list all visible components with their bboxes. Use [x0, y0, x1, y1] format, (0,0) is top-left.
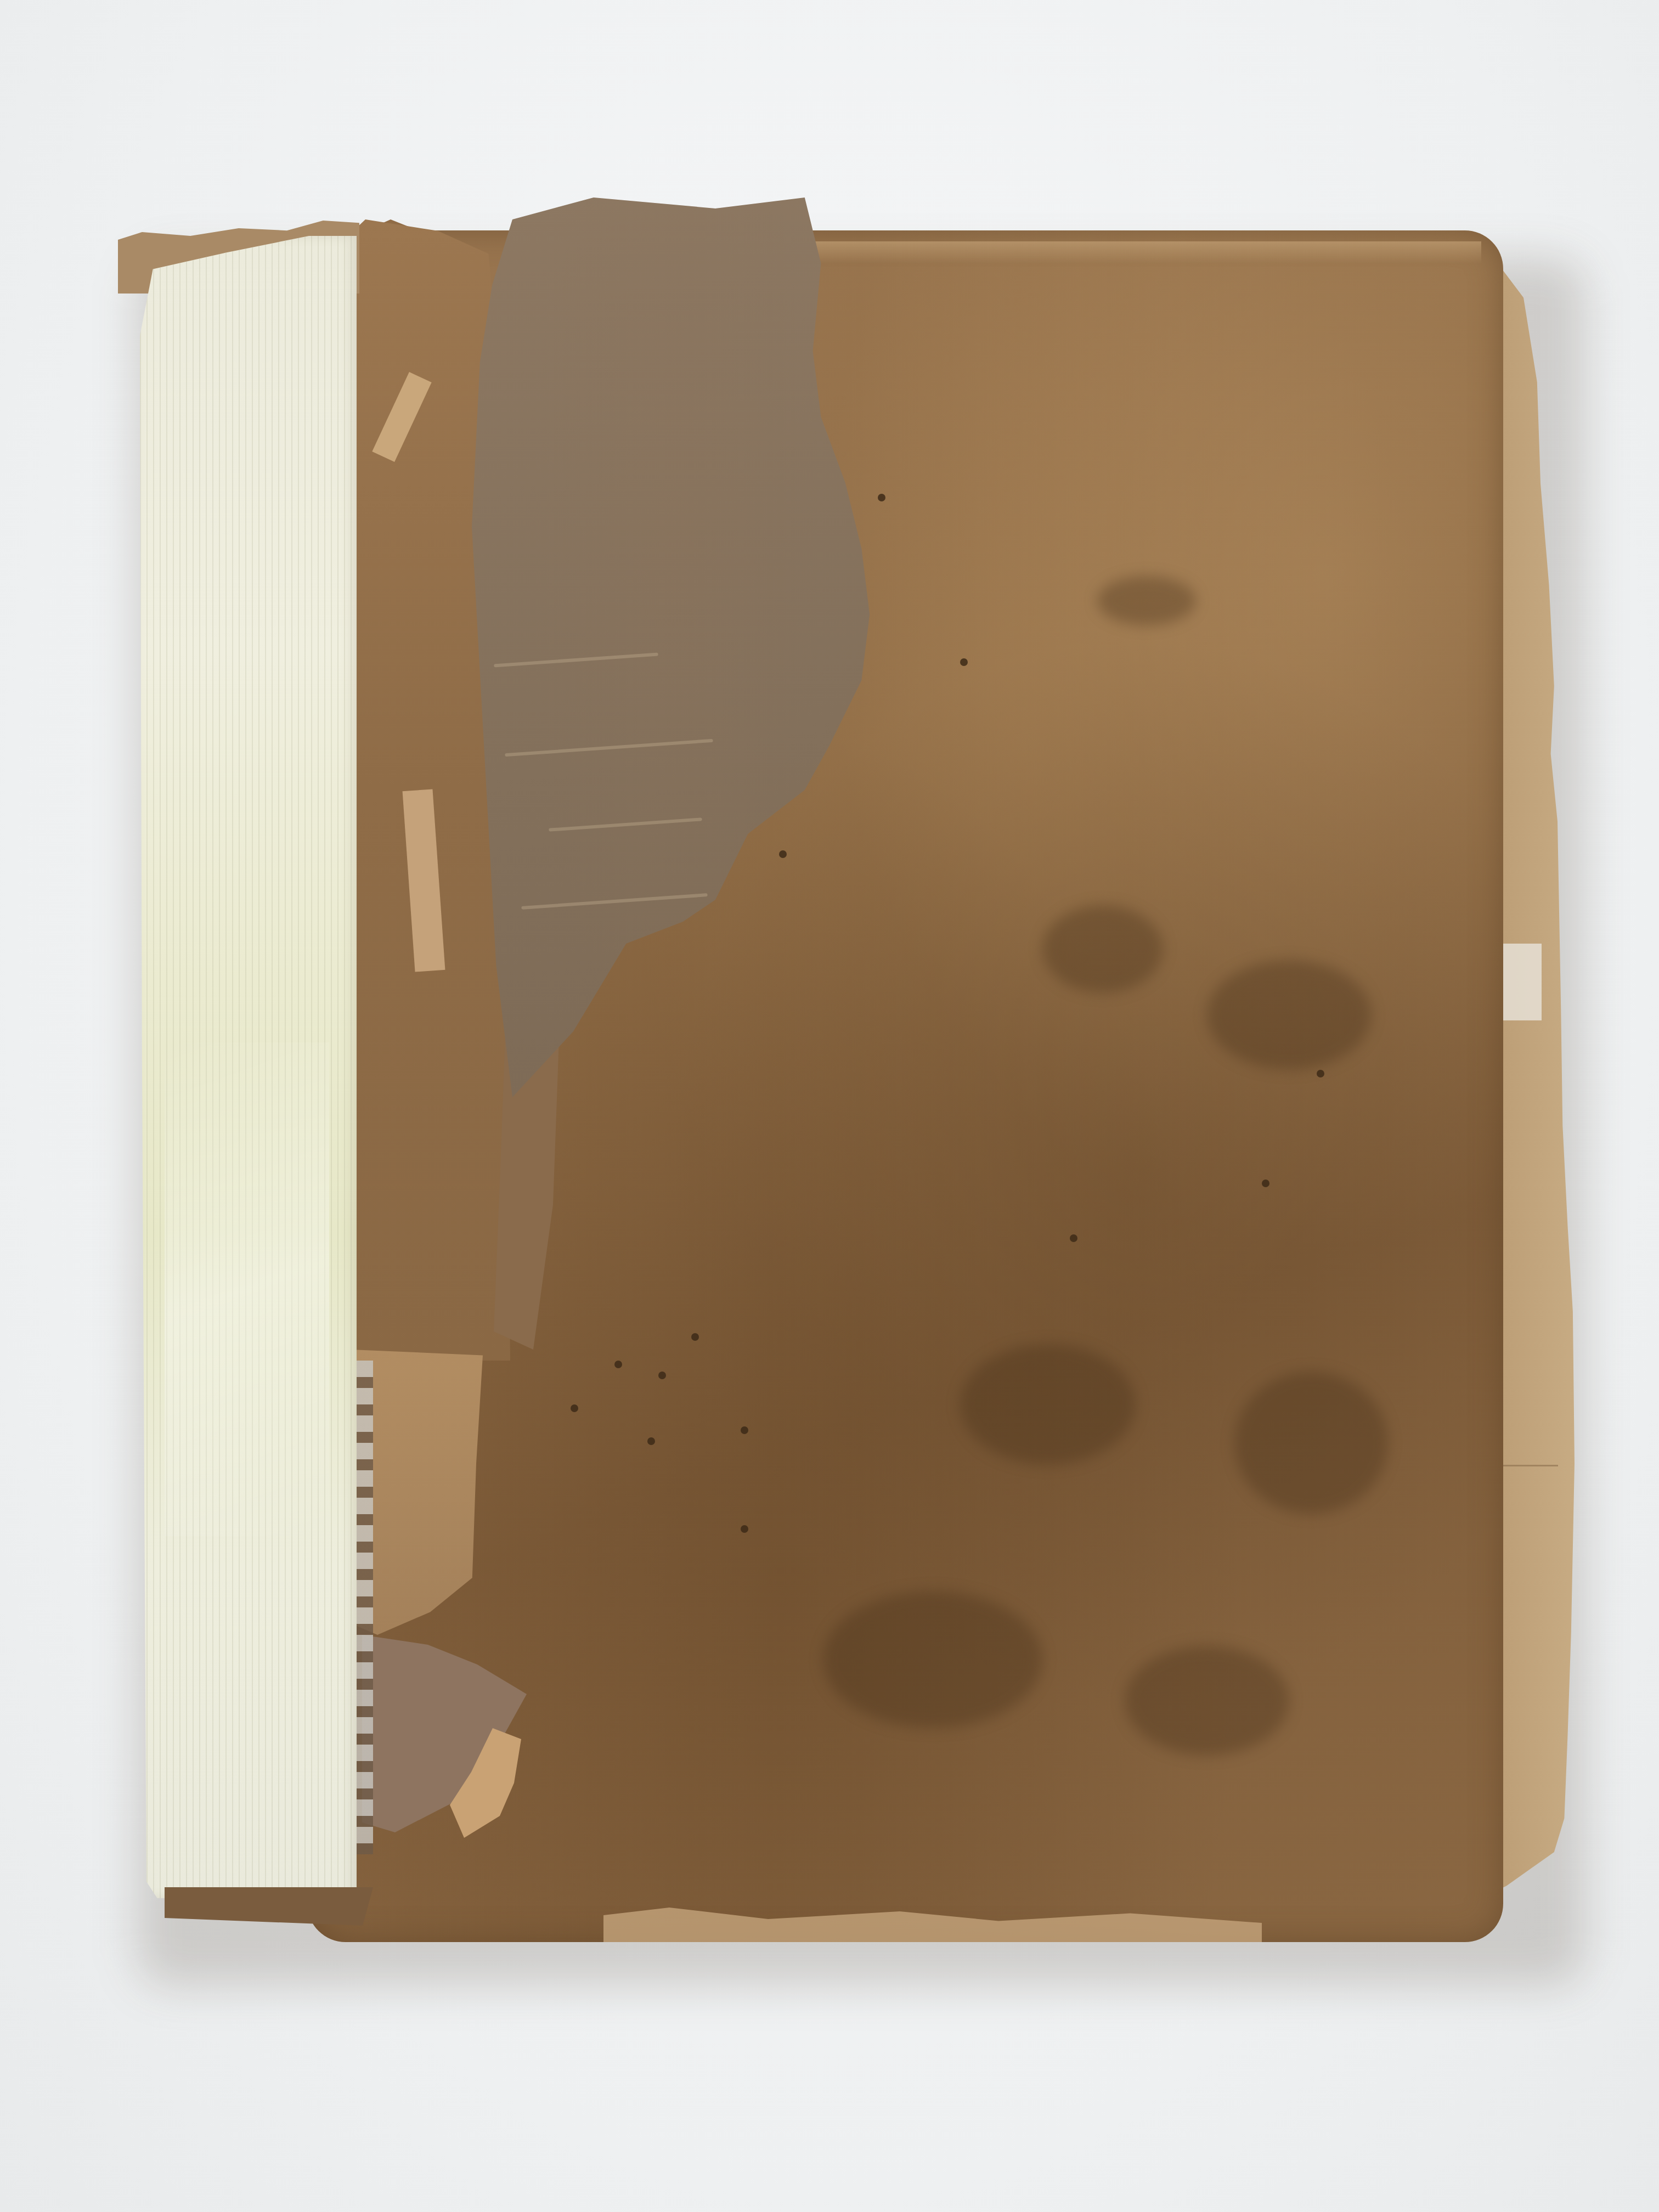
speck: [1317, 1070, 1324, 1077]
speck: [1262, 1180, 1269, 1187]
stain: [1125, 1646, 1289, 1756]
speck: [960, 658, 968, 666]
stain: [960, 1344, 1136, 1465]
speck: [741, 1525, 748, 1533]
speck: [658, 1372, 666, 1379]
stain: [1234, 1372, 1388, 1514]
stain: [1042, 905, 1163, 993]
spine-highlight: [165, 1042, 329, 1536]
cover-top-wear: [713, 241, 1481, 263]
speck: [614, 1361, 622, 1368]
speck: [571, 1404, 578, 1412]
stain: [823, 1591, 1042, 1728]
speck: [691, 1333, 699, 1341]
speck: [878, 494, 885, 501]
speck: [741, 1426, 748, 1434]
stain: [1097, 576, 1196, 625]
speck: [779, 850, 787, 858]
stain: [1207, 960, 1372, 1070]
speck: [1070, 1234, 1077, 1242]
page-edge-crease: [1498, 1465, 1558, 1466]
speck: [647, 1437, 655, 1445]
